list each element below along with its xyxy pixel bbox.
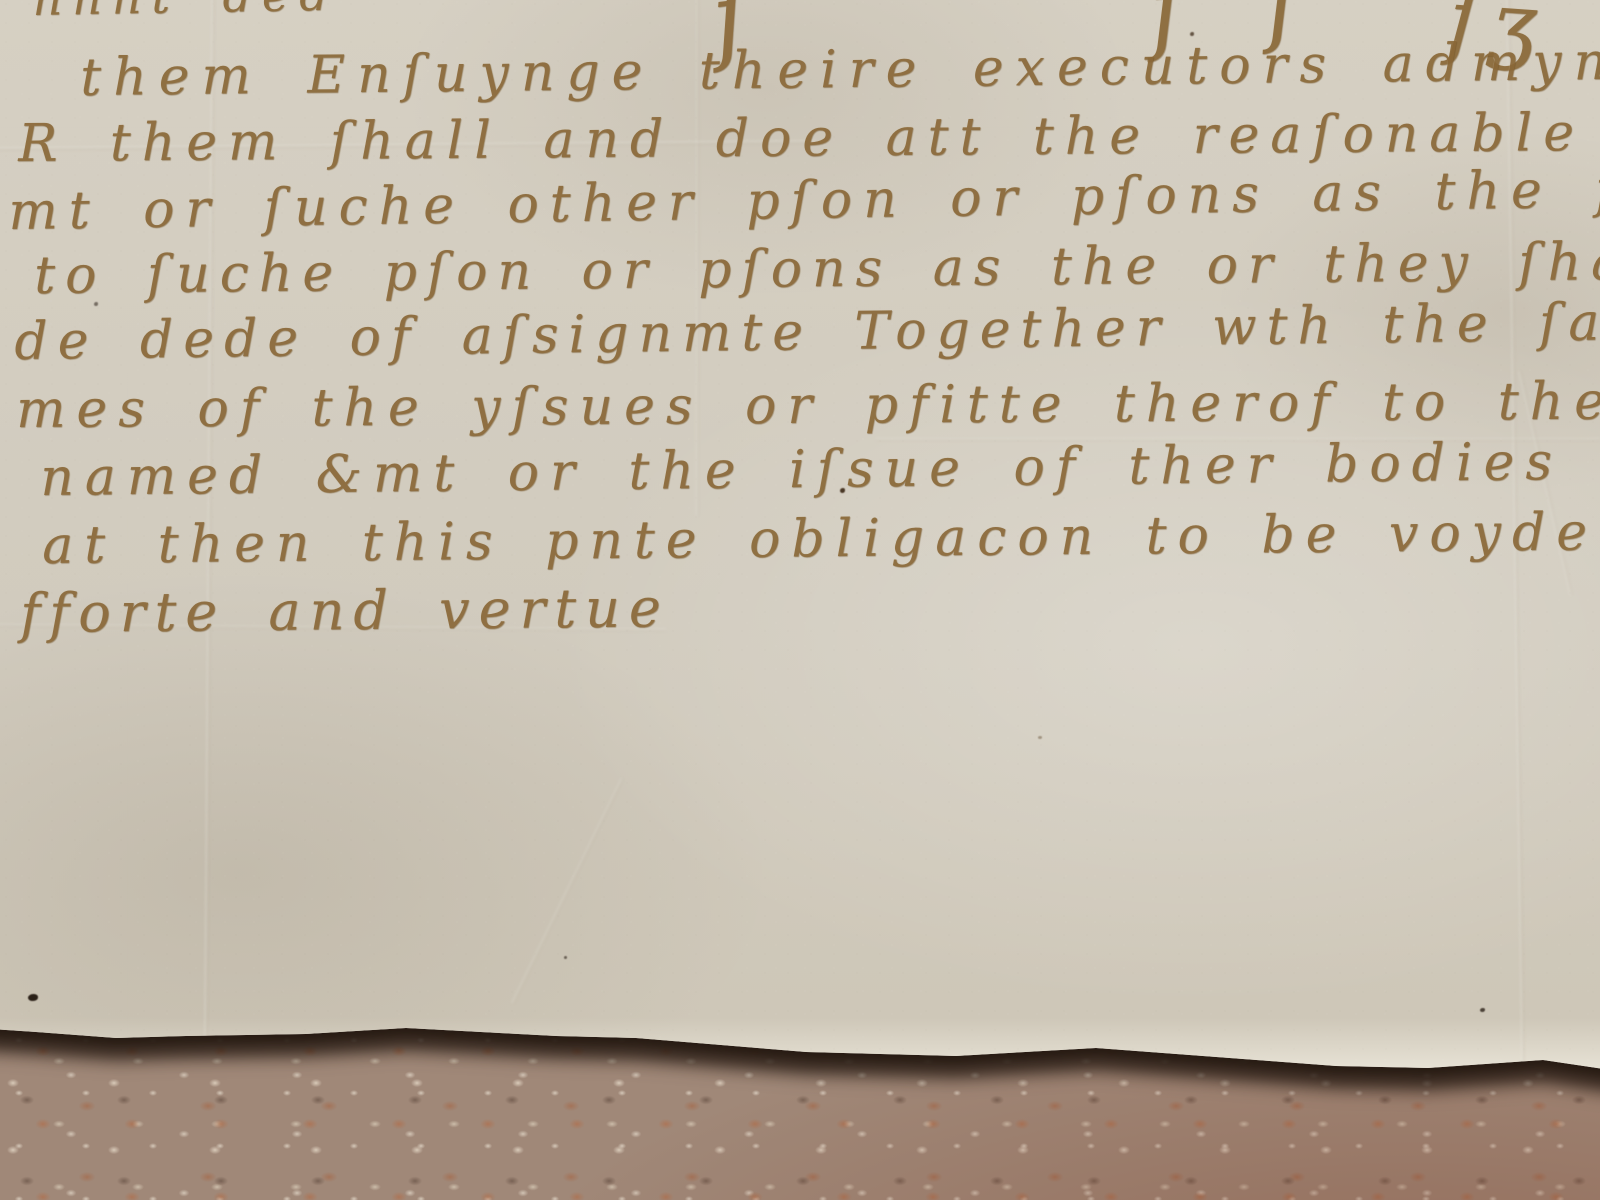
manuscript-text-layer: nnnt dedſſ ſſʒthem Enſuynge theire execu… — [0, 0, 1600, 1096]
parchment-shadow-wrap: nnnt dedſſ ſſʒthem Enſuynge theire execu… — [0, 0, 1600, 1200]
manuscript-line: named &mt or the iſsue of ther bodies wt… — [40, 430, 1600, 508]
manuscript-line: nnnt ded — [32, 0, 339, 26]
photo-scene: nnnt dedſſ ſſʒthem Enſuynge theire execu… — [0, 0, 1600, 1200]
manuscript-line: at then this pnte obligacon to be voyde … — [42, 502, 1600, 576]
manuscript-line: fforte and vertue — [20, 576, 670, 645]
manuscript-line: them Enſuynge theire executors admynyſt — [80, 31, 1600, 108]
manuscript-line: mes of the yſsues or pfitte therof to th… — [16, 371, 1600, 440]
parchment-sheet: nnnt dedſſ ſſʒthem Enſuynge theire execu… — [0, 0, 1600, 1096]
